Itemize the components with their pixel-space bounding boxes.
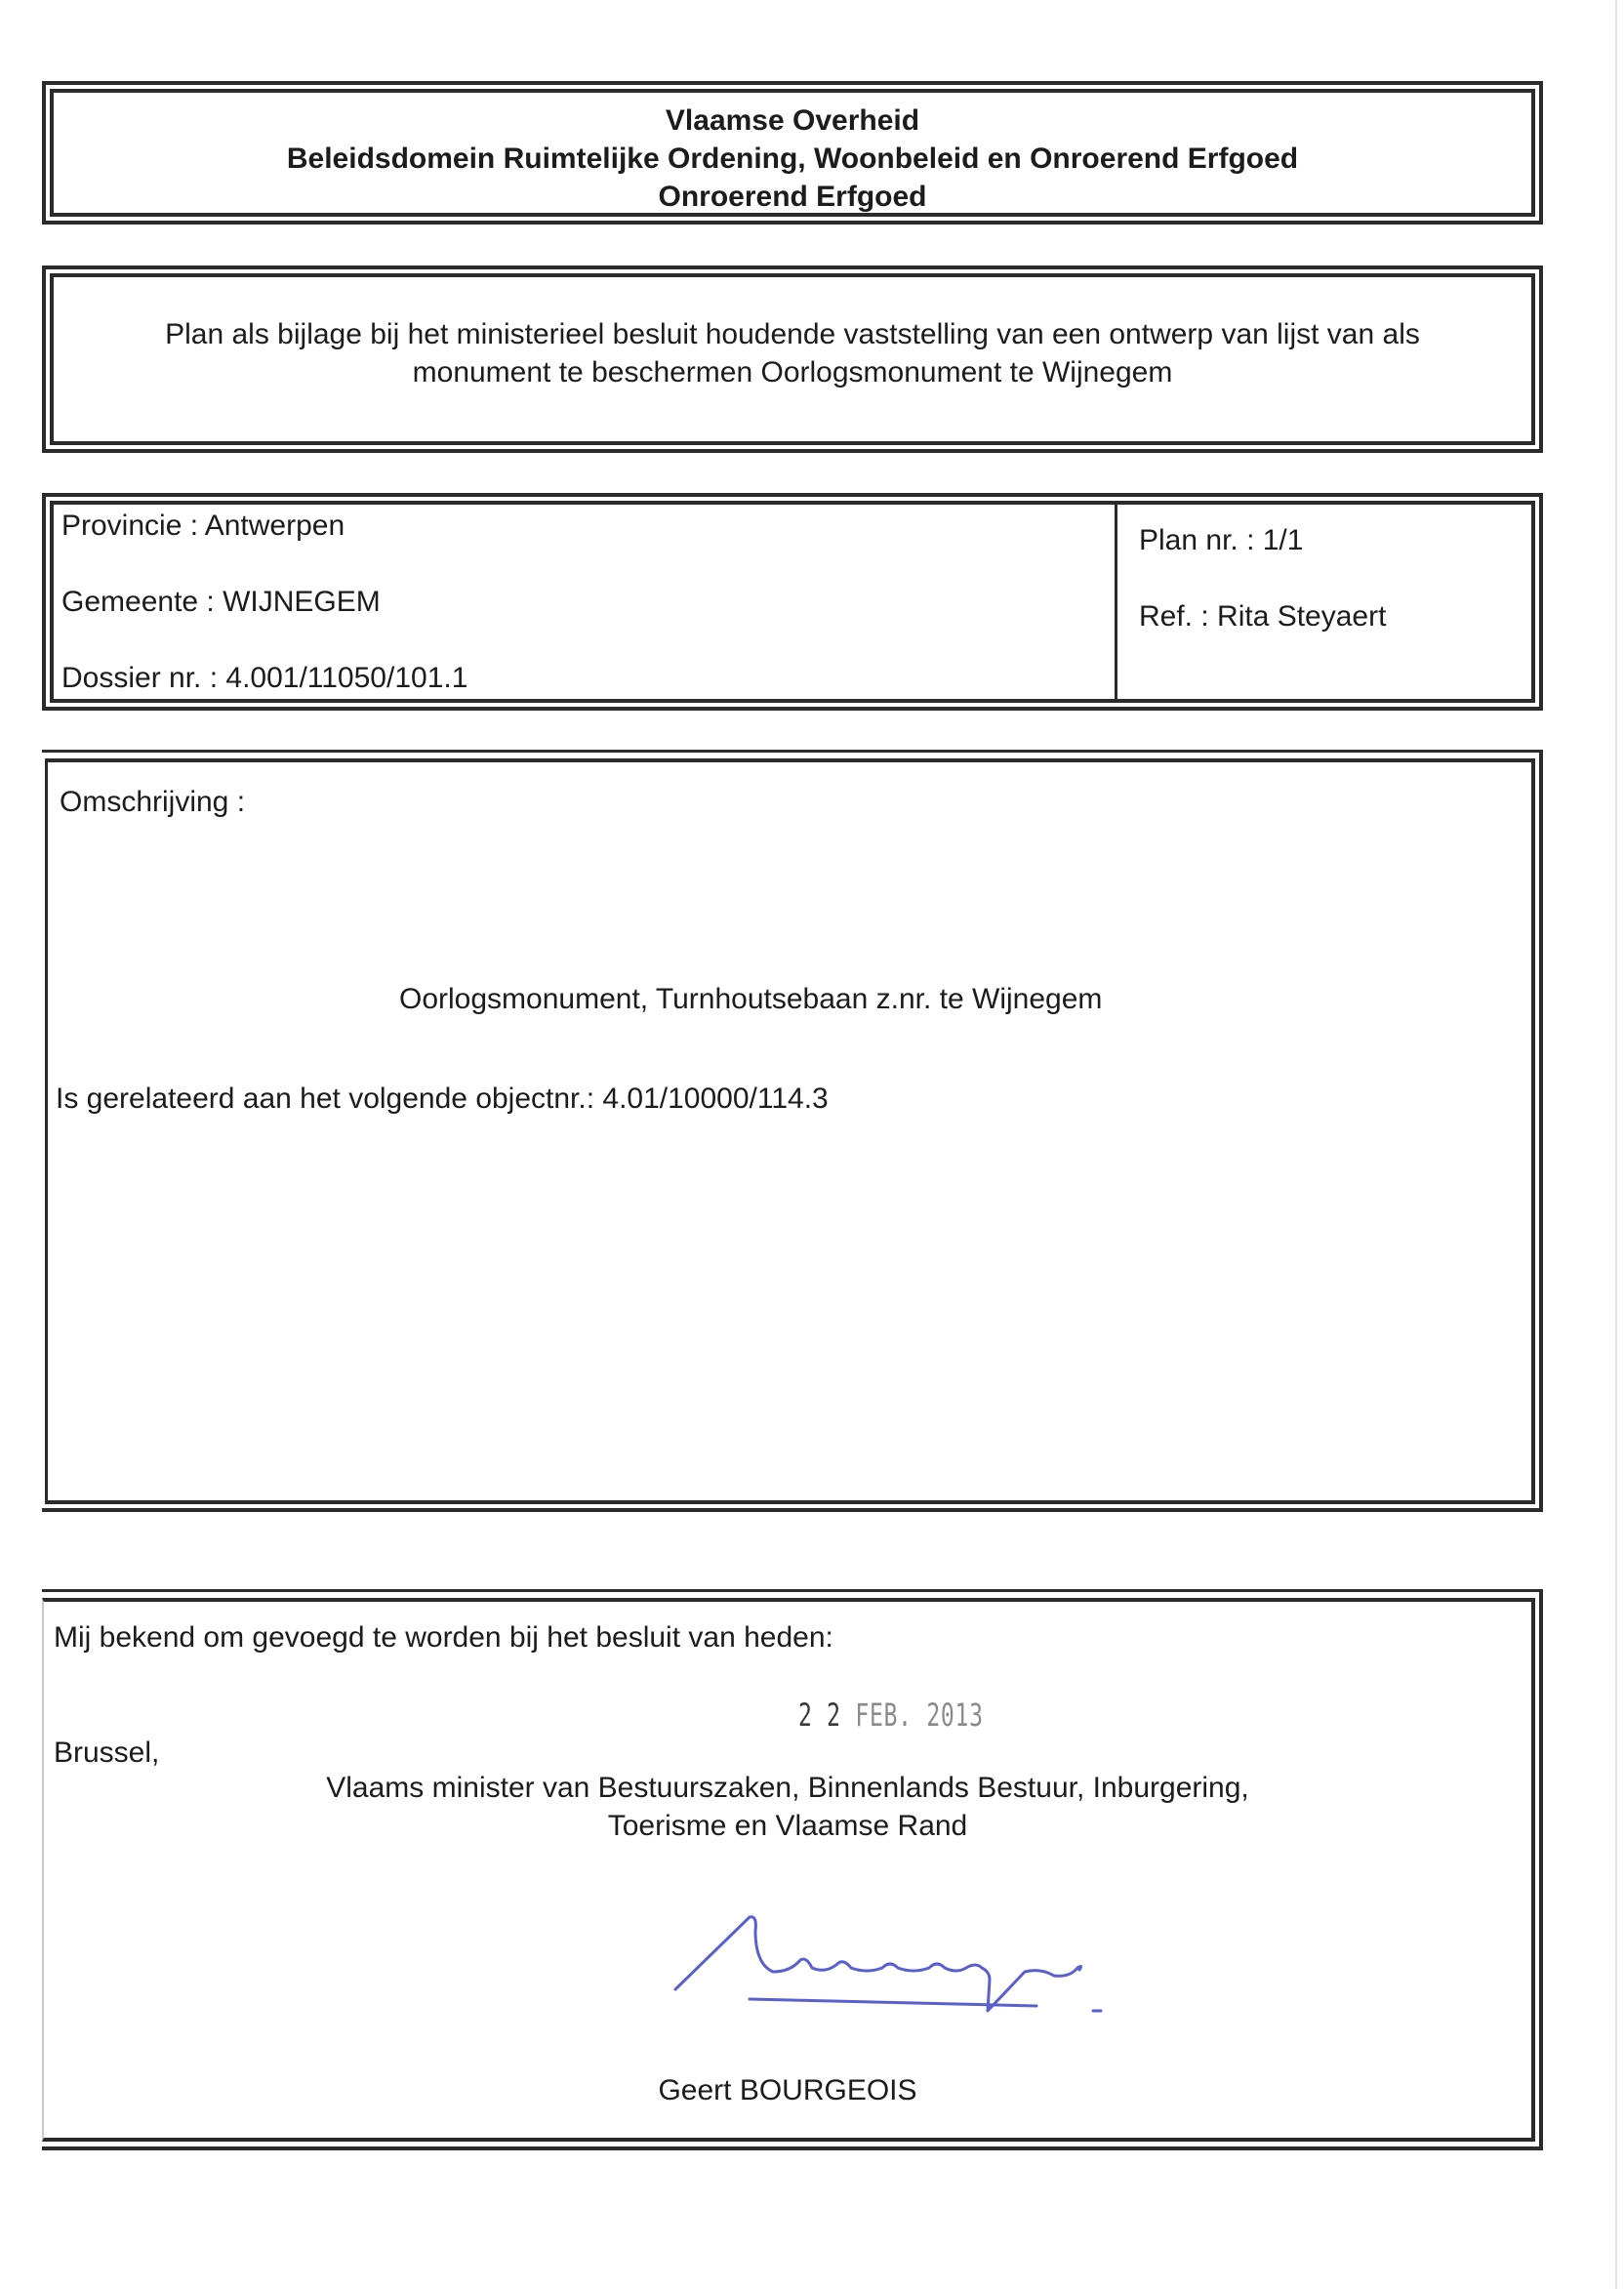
description-box: Omschrijving : Oorlogsmonument, Turnhout… <box>45 758 1535 1504</box>
date-stamp: 2 2 FEB. 2013 <box>798 1696 984 1734</box>
approval-box: Mij bekend om gevoegd te worden bij het … <box>42 1598 1535 2142</box>
reference-field: Ref. : Rita Steyaert <box>1139 600 1386 634</box>
info-box: Provincie : Antwerpen Gemeente : WIJNEGE… <box>50 501 1535 703</box>
signatory-name: Geert BOURGEOIS <box>44 2074 1531 2107</box>
related-object-number: Is gerelateerd aan het volgende objectnr… <box>56 1083 829 1116</box>
approval-intro: Mij bekend om gevoegd te worden bij het … <box>54 1621 833 1655</box>
plan-number-field: Plan nr. : 1/1 <box>1139 524 1303 557</box>
gemeente-field: Gemeente : WIJNEGEM <box>61 586 381 619</box>
info-column-divider <box>1115 501 1117 703</box>
minister-title-line1: Vlaams minister van Bestuurszaken, Binne… <box>44 1772 1531 1805</box>
minister-title-line2: Toerisme en Vlaamse Rand <box>44 1810 1531 1843</box>
date-stamp-month: FEB. <box>855 1696 912 1734</box>
dossier-number-field: Dossier nr. : 4.001/11050/101.1 <box>61 662 467 695</box>
header-policy-domain: Beleidsdomein Ruimtelijke Ordening, Woon… <box>54 143 1531 176</box>
date-stamp-day: 2 2 <box>798 1696 841 1734</box>
header-box: Vlaamse Overheid Beleidsdomein Ruimtelij… <box>50 89 1535 217</box>
plan-title-line1: Plan als bijlage bij het ministerieel be… <box>54 318 1531 351</box>
date-stamp-year: 2013 <box>926 1696 983 1734</box>
plan-title-box: Plan als bijlage bij het ministerieel be… <box>50 273 1535 445</box>
description-main: Oorlogsmonument, Turnhoutsebaan z.nr. te… <box>399 983 1102 1016</box>
plan-title-line2: monument te beschermen Oorlogsmonument t… <box>54 356 1531 389</box>
scan-edge-line <box>1615 0 1617 2289</box>
place-label: Brussel, <box>54 1737 159 1770</box>
header-organization: Vlaamse Overheid <box>54 104 1531 138</box>
provincie-field: Provincie : Antwerpen <box>61 510 345 543</box>
header-agency: Onroerend Erfgoed <box>54 181 1531 214</box>
signature-icon <box>634 1874 1259 2040</box>
description-label: Omschrijving : <box>60 786 245 819</box>
